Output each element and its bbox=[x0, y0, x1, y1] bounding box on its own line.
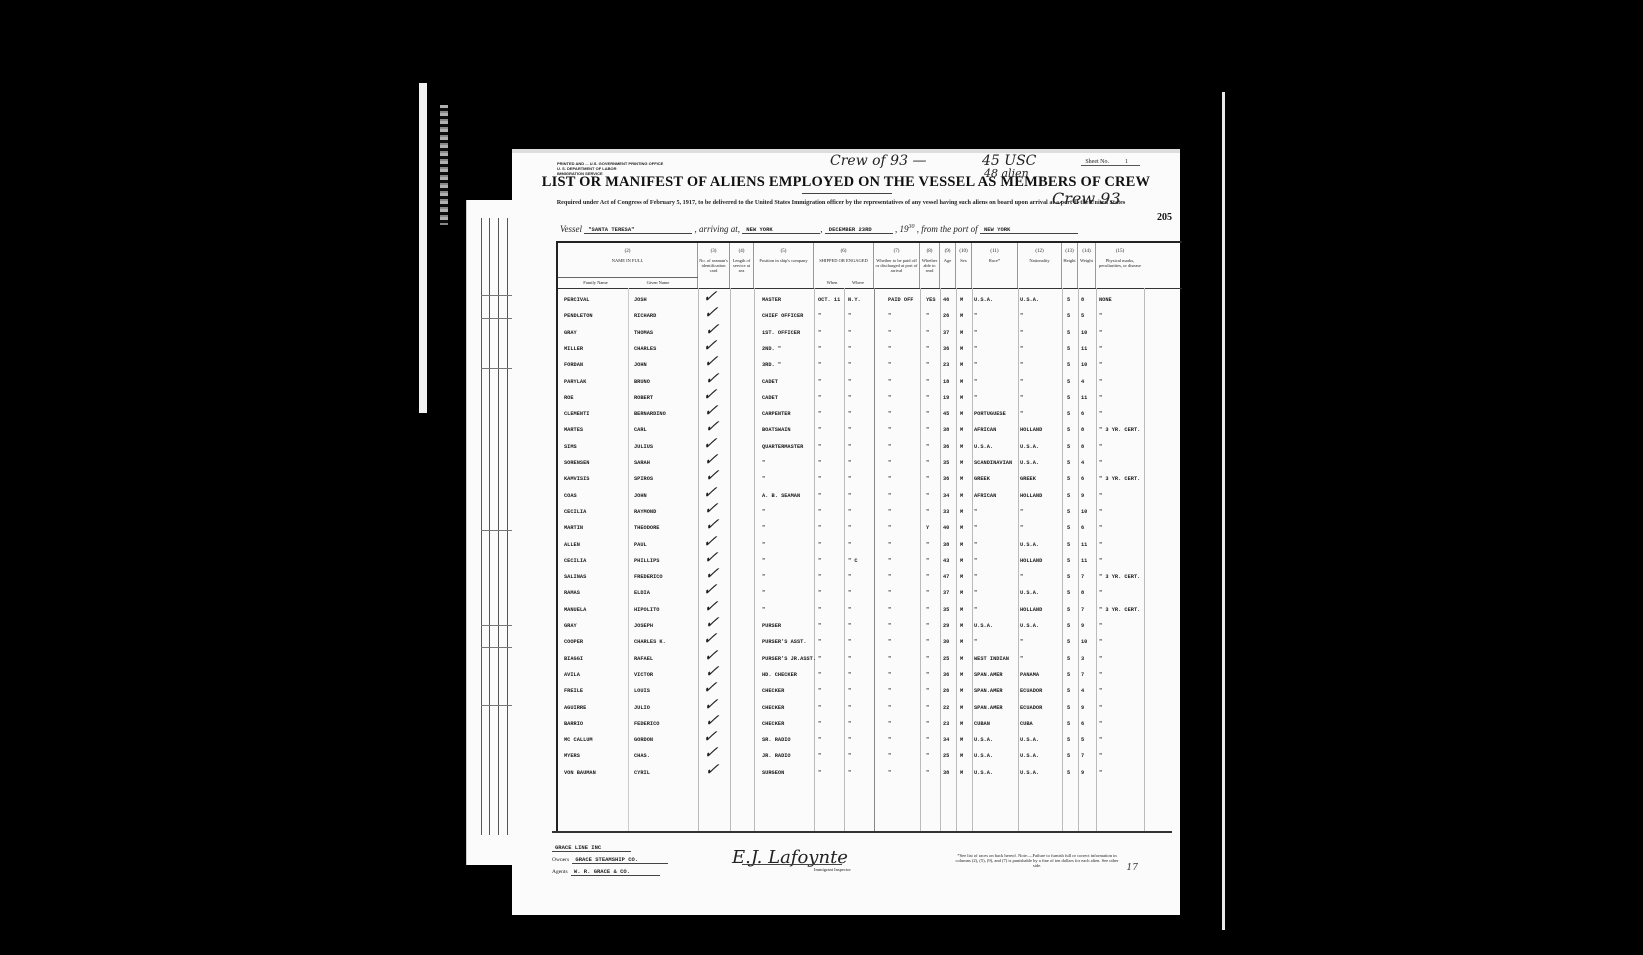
table-row: ROEROBERTCADET""""19M""511"✓ bbox=[558, 391, 1182, 407]
cell-position: A. B. SEAMAN bbox=[762, 493, 800, 499]
cell-paid: " bbox=[888, 590, 891, 596]
cell-ht-ft: 5 bbox=[1067, 509, 1070, 515]
cell-ht-in: 11 bbox=[1081, 558, 1087, 564]
cell-when: " bbox=[818, 737, 821, 743]
cell-marks: " bbox=[1099, 770, 1102, 776]
cell-marks: " bbox=[1099, 444, 1102, 450]
cell-ht-in: 9 bbox=[1081, 493, 1084, 499]
cell-paid: " bbox=[888, 525, 891, 531]
page-subtitle: Required under Act of Congress of Februa… bbox=[552, 197, 1130, 208]
cell-ht-in: 7 bbox=[1081, 574, 1084, 580]
cell-position: " bbox=[762, 542, 765, 548]
cell-read: " bbox=[926, 607, 929, 613]
corner-mark: 17 bbox=[1127, 863, 1138, 873]
cell-race: " bbox=[974, 525, 977, 531]
table-row: MANUELAHIPOLITO"""""35M"HOLLAND57" 3 YR.… bbox=[558, 603, 1182, 619]
cell-race: AFRICAN bbox=[974, 427, 996, 433]
cell-nationality: U.S.A. bbox=[1020, 753, 1039, 759]
cell-read: " bbox=[926, 623, 929, 629]
cell-sex: M bbox=[960, 623, 963, 629]
cell-race: " bbox=[974, 330, 977, 336]
cell-family: BIAGGI bbox=[564, 656, 583, 662]
cell-age: 37 bbox=[943, 590, 949, 596]
cell-ht-in: 8 bbox=[1081, 297, 1084, 303]
cell-sex: M bbox=[960, 330, 963, 336]
cell-when: " bbox=[818, 460, 821, 466]
cell-when: " bbox=[818, 656, 821, 662]
owners: GRACE STEAMSHIP CO. bbox=[572, 856, 668, 864]
cell-nationality: " bbox=[1020, 411, 1023, 417]
cell-marks: NONE bbox=[1099, 297, 1112, 303]
cell-position: " bbox=[762, 558, 765, 564]
cell-nationality: U.S.A. bbox=[1020, 460, 1039, 466]
cell-position: " bbox=[762, 476, 765, 482]
cell-given: LOUIS bbox=[634, 688, 650, 694]
cell-sex: M bbox=[960, 753, 963, 759]
cell-read: " bbox=[926, 476, 929, 482]
cell-ht-in: 9 bbox=[1081, 705, 1084, 711]
cell-where: " bbox=[848, 574, 851, 580]
cell-where: " bbox=[848, 330, 851, 336]
cell-where: " bbox=[848, 737, 851, 743]
cell-ht-ft: 5 bbox=[1067, 313, 1070, 319]
cell-read: YES bbox=[926, 297, 936, 303]
cell-read: " bbox=[926, 656, 929, 662]
table-row: KAMVISISSPIROS"""""36MGREEKGREEK56" 3 YR… bbox=[558, 472, 1182, 488]
cell-read: " bbox=[926, 346, 929, 352]
cell-marks: " 3 YR. CERT. bbox=[1099, 574, 1140, 580]
cell-sex: M bbox=[960, 346, 963, 352]
cell-race: SPAN.AMER bbox=[974, 688, 1003, 694]
cell-where: " bbox=[848, 427, 851, 433]
cell-ht-ft: 5 bbox=[1067, 362, 1070, 368]
cell-ht-ft: 5 bbox=[1067, 590, 1070, 596]
cell-ht-ft: 5 bbox=[1067, 460, 1070, 466]
cell-when: " bbox=[818, 672, 821, 678]
cell-ht-in: 7 bbox=[1081, 672, 1084, 678]
cell-position: PURSER'S ASST. bbox=[762, 639, 807, 645]
cell-age: 40 bbox=[943, 525, 949, 531]
cell-race: " bbox=[974, 607, 977, 613]
cell-race: " bbox=[974, 542, 977, 548]
cell-age: 23 bbox=[943, 721, 949, 727]
cell-race: U.S.A. bbox=[974, 297, 993, 303]
cell-nationality: " bbox=[1020, 313, 1023, 319]
cell-paid: " bbox=[888, 330, 891, 336]
cell-given: CHARLES bbox=[634, 346, 656, 352]
table-row: COASJOHNA. B. SEAMAN""""34MAFRICANHOLLAN… bbox=[558, 489, 1182, 505]
cell-given: JULIO bbox=[634, 705, 650, 711]
table-row: CLEMENTIBERNARDINOCARPENTER""""45MPORTUG… bbox=[558, 407, 1182, 423]
cell-family: GRAY bbox=[564, 623, 577, 629]
cell-position: " bbox=[762, 525, 765, 531]
crew-table: (2)NAME IN FULL (3)No. of seaman's ident… bbox=[556, 241, 1182, 831]
table-row: SALINASFREDERICO"""""47M""57" 3 YR. CERT… bbox=[558, 570, 1182, 586]
cell-ht-ft: 5 bbox=[1067, 427, 1070, 433]
cell-marks: " 3 YR. CERT. bbox=[1099, 427, 1140, 433]
cell-family: SIMS bbox=[564, 444, 577, 450]
cell-position: " bbox=[762, 574, 765, 580]
cell-race: CUBAN bbox=[974, 721, 990, 727]
cell-marks: " bbox=[1099, 330, 1102, 336]
cell-paid: " bbox=[888, 444, 891, 450]
cell-age: 36 bbox=[943, 476, 949, 482]
cell-where: " C bbox=[848, 558, 858, 564]
cell-where: " bbox=[848, 444, 851, 450]
cell-age: 46 bbox=[943, 297, 949, 303]
arrival-date: DECEMBER 23RD bbox=[825, 226, 893, 234]
cell-marks: " bbox=[1099, 542, 1102, 548]
cell-age: 38 bbox=[943, 427, 949, 433]
arrival-year: 30 bbox=[909, 224, 915, 230]
cell-when: " bbox=[818, 444, 821, 450]
cell-paid: " bbox=[888, 379, 891, 385]
cell-race: U.S.A. bbox=[974, 753, 993, 759]
cell-paid: " bbox=[888, 753, 891, 759]
cell-ht-in: 9 bbox=[1081, 770, 1084, 776]
cell-ht-ft: 5 bbox=[1067, 411, 1070, 417]
cell-where: " bbox=[848, 525, 851, 531]
table-row: GRAYJOSEPHPURSER""""29MU.S.A.U.S.A.59"✓ bbox=[558, 619, 1182, 635]
cell-ht-ft: 5 bbox=[1067, 493, 1070, 499]
cell-nationality: U.S.A. bbox=[1020, 297, 1039, 303]
table-row: CECILIARAYMOND"""""33M""510"✓ bbox=[558, 505, 1182, 521]
cell-read: " bbox=[926, 395, 929, 401]
cell-sex: M bbox=[960, 705, 963, 711]
cell-when: " bbox=[818, 346, 821, 352]
cell-position: PURSER'S JR.ASST. bbox=[762, 656, 816, 662]
manifest-page: PRINTED AND ... U.S. GOVERNMENT PRINTING… bbox=[512, 149, 1180, 915]
cell-nationality: HOLLAND bbox=[1020, 558, 1042, 564]
cell-family: AVILA bbox=[564, 672, 580, 678]
cell-family: PERCIVAL bbox=[564, 297, 589, 303]
film-speckle bbox=[440, 105, 448, 225]
footer: GRACE LINE INC Owners GRACE STEAMSHIP CO… bbox=[552, 839, 1172, 909]
cell-position: " bbox=[762, 607, 765, 613]
cell-nationality: HOLLAND bbox=[1020, 493, 1042, 499]
cell-age: 26 bbox=[943, 688, 949, 694]
cell-when: " bbox=[818, 558, 821, 564]
cell-sex: M bbox=[960, 525, 963, 531]
cell-ht-ft: 5 bbox=[1067, 753, 1070, 759]
arrival-port: NEW YORK bbox=[742, 226, 820, 234]
table-row: BIAGGIRAFAELPURSER'S JR.ASST.""""25MWEST… bbox=[558, 652, 1182, 668]
cell-nationality: GREEK bbox=[1020, 476, 1036, 482]
cell-when: " bbox=[818, 411, 821, 417]
cell-family: MARTES bbox=[564, 427, 583, 433]
cell-read: " bbox=[926, 542, 929, 548]
cell-paid: " bbox=[888, 476, 891, 482]
cell-ht-in: 5 bbox=[1081, 737, 1084, 743]
table-row: MC CALLUMGORDONSR. RADIO""""34MU.S.A.U.S… bbox=[558, 733, 1182, 749]
cell-position: SURGEON bbox=[762, 770, 784, 776]
cell-position: JR. RADIO bbox=[762, 753, 791, 759]
cell-read: " bbox=[926, 753, 929, 759]
cell-when: " bbox=[818, 313, 821, 319]
cell-ht-ft: 5 bbox=[1067, 525, 1070, 531]
cell-marks: " bbox=[1099, 753, 1102, 759]
cell-sex: M bbox=[960, 721, 963, 727]
cell-nationality: " bbox=[1020, 330, 1023, 336]
cell-age: 30 bbox=[943, 639, 949, 645]
cell-nationality: HOLLAND bbox=[1020, 607, 1042, 613]
cell-where: " bbox=[848, 493, 851, 499]
cell-race: " bbox=[974, 313, 977, 319]
cell-marks: " bbox=[1099, 313, 1102, 319]
cell-given: ELDIA bbox=[634, 590, 650, 596]
cell-ht-ft: 5 bbox=[1067, 688, 1070, 694]
cell-given: BERNARDINO bbox=[634, 411, 666, 417]
cell-ht-in: 8 bbox=[1081, 590, 1084, 596]
cell-when: " bbox=[818, 476, 821, 482]
cell-nationality: U.S.A. bbox=[1020, 590, 1039, 596]
cell-when: OCT. 11 bbox=[818, 297, 840, 303]
cell-when: " bbox=[818, 395, 821, 401]
cell-given: CYRIL bbox=[634, 770, 650, 776]
cell-family: SALINAS bbox=[564, 574, 586, 580]
cell-position: " bbox=[762, 509, 765, 515]
inspector-label: Immigrant Inspector bbox=[814, 867, 851, 872]
table-row: AVILAVICTORHD. CHECKER""""36MSPAN.AMERPA… bbox=[558, 668, 1182, 684]
cell-where: " bbox=[848, 705, 851, 711]
cell-given: PHILLIPS bbox=[634, 558, 659, 564]
table-row: FORDANJOHN3RD. """""23M""510"✓ bbox=[558, 358, 1182, 374]
cell-marks: " bbox=[1099, 639, 1102, 645]
cell-ht-in: 7 bbox=[1081, 753, 1084, 759]
cell-marks: " 3 YR. CERT. bbox=[1099, 607, 1140, 613]
cell-age: 19 bbox=[943, 395, 949, 401]
cell-family: MILLER bbox=[564, 346, 583, 352]
cell-marks: " bbox=[1099, 623, 1102, 629]
cell-read: " bbox=[926, 460, 929, 466]
cell-family: PENDLETON bbox=[564, 313, 593, 319]
cell-given: CHARLES K. bbox=[634, 639, 666, 645]
cell-marks: " 3 YR. CERT. bbox=[1099, 476, 1140, 482]
cell-sex: M bbox=[960, 558, 963, 564]
cell-read: " bbox=[926, 770, 929, 776]
cell-sex: M bbox=[960, 688, 963, 694]
cell-marks: " bbox=[1099, 721, 1102, 727]
cell-ht-ft: 5 bbox=[1067, 623, 1070, 629]
cell-read: " bbox=[926, 509, 929, 515]
cell-position: HD. CHECKER bbox=[762, 672, 797, 678]
cell-given: RAYMOND bbox=[634, 509, 656, 515]
cell-age: 43 bbox=[943, 558, 949, 564]
cell-race: U.S.A. bbox=[974, 737, 993, 743]
cell-age: 45 bbox=[943, 411, 949, 417]
cell-read: " bbox=[926, 688, 929, 694]
cell-family: FREILE bbox=[564, 688, 583, 694]
cell-position: CARPENTER bbox=[762, 411, 791, 417]
cell-paid: " bbox=[888, 574, 891, 580]
cell-where: " bbox=[848, 770, 851, 776]
cell-ht-ft: 5 bbox=[1067, 737, 1070, 743]
cell-position: " bbox=[762, 460, 765, 466]
table-row: SIMSJULIUSQUARTERMASTER""""36MU.S.A.U.S.… bbox=[558, 440, 1182, 456]
cell-ht-in: 7 bbox=[1081, 607, 1084, 613]
table-row: MARTESCARLBOATSWAIN""""38MAFRICANHOLLAND… bbox=[558, 423, 1182, 439]
cell-read: " bbox=[926, 330, 929, 336]
cell-race: " bbox=[974, 395, 977, 401]
cell-sex: M bbox=[960, 460, 963, 466]
cell-position: PURSER bbox=[762, 623, 781, 629]
table-row: MARTINTHEODORE""""Y40M""56"✓ bbox=[558, 521, 1182, 537]
cell-ht-ft: 5 bbox=[1067, 558, 1070, 564]
cell-sex: M bbox=[960, 493, 963, 499]
cell-given: JOSH bbox=[634, 297, 647, 303]
cell-ht-in: 6 bbox=[1081, 721, 1084, 727]
cell-family: PARYLAK bbox=[564, 379, 586, 385]
cell-ht-ft: 5 bbox=[1067, 297, 1070, 303]
cell-paid: " bbox=[888, 542, 891, 548]
cell-marks: " bbox=[1099, 656, 1102, 662]
cell-given: THEODORE bbox=[634, 525, 659, 531]
cell-nationality: " bbox=[1020, 656, 1023, 662]
cell-ht-in: 4 bbox=[1081, 688, 1084, 694]
cell-family: COOPER bbox=[564, 639, 583, 645]
film-edge-right bbox=[1222, 92, 1225, 930]
cell-age: 36 bbox=[943, 672, 949, 678]
cell-nationality: ECUADOR bbox=[1020, 688, 1042, 694]
table-row: MYERSCHAS.JR. RADIO""""25MU.S.A.U.S.A.57… bbox=[558, 749, 1182, 765]
cell-where: " bbox=[848, 672, 851, 678]
cell-family: MANUELA bbox=[564, 607, 586, 613]
cell-ht-in: 6 bbox=[1081, 476, 1084, 482]
cell-marks: " bbox=[1099, 362, 1102, 368]
cell-ht-in: 10 bbox=[1081, 362, 1087, 368]
cell-race: " bbox=[974, 558, 977, 564]
table-row: VON BAUMANCYRILSURGEON""""38MU.S.A.U.S.A… bbox=[558, 766, 1182, 782]
cell-position: 1ST. OFFICER bbox=[762, 330, 800, 336]
cell-ht-ft: 5 bbox=[1067, 574, 1070, 580]
cell-sex: M bbox=[960, 297, 963, 303]
cell-race: U.S.A. bbox=[974, 770, 993, 776]
cell-age: 33 bbox=[943, 509, 949, 515]
cell-paid: " bbox=[888, 427, 891, 433]
cell-ht-ft: 5 bbox=[1067, 395, 1070, 401]
cell-family: CECILIA bbox=[564, 558, 586, 564]
cell-sex: M bbox=[960, 444, 963, 450]
line-name: GRACE LINE INC bbox=[552, 844, 631, 852]
table-row: MILLERCHARLES2ND. """""36M""511"✓ bbox=[558, 342, 1182, 358]
cell-race: " bbox=[974, 346, 977, 352]
cell-age: 29 bbox=[943, 623, 949, 629]
cell-marks: " bbox=[1099, 395, 1102, 401]
cell-where: " bbox=[848, 362, 851, 368]
cell-age: 38 bbox=[943, 542, 949, 548]
cell-paid: " bbox=[888, 411, 891, 417]
cell-where: " bbox=[848, 313, 851, 319]
cell-family: ROE bbox=[564, 395, 574, 401]
cell-family: BARRIO bbox=[564, 721, 583, 727]
cell-position: CHECKER bbox=[762, 705, 784, 711]
cell-read: " bbox=[926, 705, 929, 711]
cell-sex: M bbox=[960, 313, 963, 319]
cell-paid: " bbox=[888, 639, 891, 645]
cell-read: " bbox=[926, 737, 929, 743]
cell-nationality: " bbox=[1020, 525, 1023, 531]
cell-read: " bbox=[926, 574, 929, 580]
agents: W. R. GRACE & CO. bbox=[571, 868, 660, 876]
cell-sex: M bbox=[960, 509, 963, 515]
table-row: FREILELOUISCHECKER""""26MSPAN.AMERECUADO… bbox=[558, 684, 1182, 700]
cell-given: THOMAS bbox=[634, 330, 653, 336]
cell-where: " bbox=[848, 656, 851, 662]
cell-race: " bbox=[974, 379, 977, 385]
cell-where: " bbox=[848, 721, 851, 727]
cell-marks: " bbox=[1099, 558, 1102, 564]
page-title: LIST OR MANIFEST OF ALIENS EMPLOYED ON T… bbox=[512, 174, 1180, 191]
cell-marks: " bbox=[1099, 737, 1102, 743]
cell-family: VON BAUMAN bbox=[564, 770, 596, 776]
cell-when: " bbox=[818, 362, 821, 368]
cell-position: CADET bbox=[762, 395, 778, 401]
cell-when: " bbox=[818, 721, 821, 727]
cell-race: PORTUGUESE bbox=[974, 411, 1006, 417]
cell-position: " bbox=[762, 590, 765, 596]
cell-given: GORDON bbox=[634, 737, 653, 743]
cell-ht-ft: 5 bbox=[1067, 330, 1070, 336]
cell-when: " bbox=[818, 525, 821, 531]
cell-marks: " bbox=[1099, 590, 1102, 596]
cell-given: SARAH bbox=[634, 460, 650, 466]
cell-sex: M bbox=[960, 737, 963, 743]
cell-family: KAMVISIS bbox=[564, 476, 589, 482]
cell-family: SORENSEN bbox=[564, 460, 589, 466]
cell-position: CHECKER bbox=[762, 688, 784, 694]
cell-marks: " bbox=[1099, 688, 1102, 694]
cell-sex: M bbox=[960, 395, 963, 401]
cell-ht-ft: 5 bbox=[1067, 379, 1070, 385]
cell-where: " bbox=[848, 476, 851, 482]
cell-paid: " bbox=[888, 721, 891, 727]
cell-read: " bbox=[926, 379, 929, 385]
table-row: PENDLETONRICHARDCHIEF OFFICER""""26M""55… bbox=[558, 309, 1182, 325]
cell-when: " bbox=[818, 607, 821, 613]
cell-ht-ft: 5 bbox=[1067, 639, 1070, 645]
cell-when: " bbox=[818, 770, 821, 776]
cell-paid: " bbox=[888, 313, 891, 319]
cell-race: " bbox=[974, 639, 977, 645]
cell-given: VICTOR bbox=[634, 672, 653, 678]
cell-when: " bbox=[818, 493, 821, 499]
cell-nationality: " bbox=[1020, 395, 1023, 401]
cell-given: JOHN bbox=[634, 362, 647, 368]
cell-read: " bbox=[926, 362, 929, 368]
cell-sex: M bbox=[960, 770, 963, 776]
cell-family: ALLEN bbox=[564, 542, 580, 548]
cell-marks: " bbox=[1099, 346, 1102, 352]
cell-when: " bbox=[818, 705, 821, 711]
cell-where: " bbox=[848, 346, 851, 352]
cell-race: " bbox=[974, 362, 977, 368]
cell-ht-in: 10 bbox=[1081, 330, 1087, 336]
cell-race: SPAN.AMER bbox=[974, 672, 1003, 678]
cell-where: N.Y. bbox=[848, 297, 861, 303]
cell-read: " bbox=[926, 590, 929, 596]
cell-marks: " bbox=[1099, 379, 1102, 385]
cell-when: " bbox=[818, 509, 821, 515]
cell-ht-in: 11 bbox=[1081, 395, 1087, 401]
cell-ht-in: 9 bbox=[1081, 623, 1084, 629]
cell-paid: " bbox=[888, 362, 891, 368]
cell-when: " bbox=[818, 427, 821, 433]
cell-sex: M bbox=[960, 411, 963, 417]
cell-where: " bbox=[848, 639, 851, 645]
cell-sex: M bbox=[960, 542, 963, 548]
cell-nationality: PANAMA bbox=[1020, 672, 1039, 678]
cell-read: " bbox=[926, 427, 929, 433]
